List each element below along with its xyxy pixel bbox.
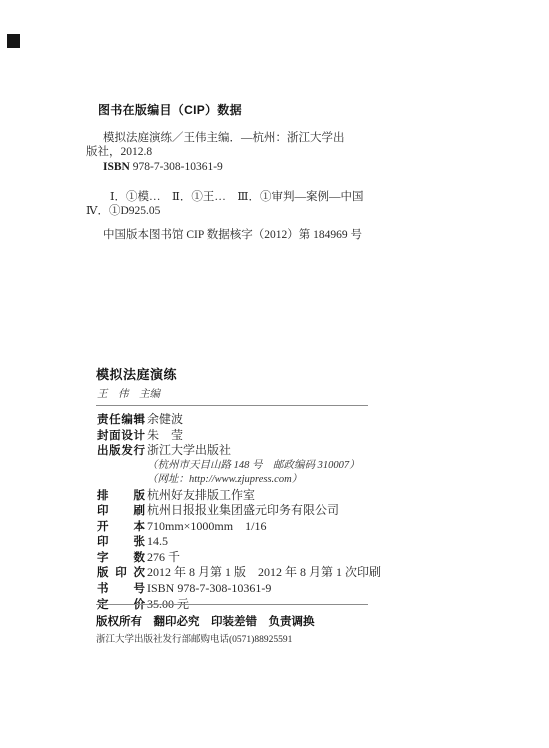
- row-label: 出版发行: [97, 444, 145, 459]
- mail-order-phone: 浙江大学出版社发行部邮购电话(0571)88925591: [96, 631, 292, 645]
- row-value: 朱 莹: [147, 428, 183, 442]
- colophon-row-format: 开 本710mm×1000mm 1/16: [97, 519, 381, 535]
- row-value: 710mm×1000mm 1/16: [147, 519, 266, 533]
- publisher-address: （杭州市天目山路 148 号 邮政编码 310007）: [147, 459, 381, 474]
- row-label: 印 刷: [97, 504, 145, 519]
- publisher-url: （网址：http://www.zjupress.com）: [147, 473, 381, 488]
- cip-heading: 图书在版编目（CIP）数据: [98, 101, 242, 118]
- colophon-row-typesetting: 排 版杭州好友排版工作室: [97, 488, 381, 504]
- cip-description: 模拟法庭演练／王伟主编．—杭州：浙江大学出 版社，2012.8: [86, 132, 345, 160]
- colophon-row-word-count: 字 数276 千: [97, 550, 381, 566]
- row-label: 开 本: [97, 520, 145, 535]
- cip-isbn-value: 978-7-308-10361-9: [133, 161, 223, 173]
- colophon: 责任编辑余健波 封面设计朱 莹 出版发行浙江大学出版社 （杭州市天目山路 148…: [97, 412, 381, 612]
- book-title: 模拟法庭演练: [96, 364, 177, 383]
- copyright-page: 图书在版编目（CIP）数据 模拟法庭演练／王伟主编．—杭州：浙江大学出 版社，2…: [0, 0, 549, 748]
- colophon-row-publisher: 出版发行浙江大学出版社: [97, 443, 381, 459]
- cip-description-line2: 版社，2012.8: [86, 146, 345, 160]
- row-label: 书 号: [97, 582, 145, 597]
- row-value: 2012 年 8 月第 1 版 2012 年 8 月第 1 次印刷: [147, 565, 381, 579]
- cip-classification-line2: Ⅳ．①D925.05: [86, 202, 160, 218]
- cip-isbn-line: ISBN 978-7-308-10361-9: [103, 161, 223, 173]
- divider-top: [96, 405, 368, 406]
- row-value: 余健波: [147, 412, 183, 426]
- row-label: 排 版: [97, 489, 145, 504]
- colophon-row-edition: 版印次2012 年 8 月第 1 版 2012 年 8 月第 1 次印刷: [97, 565, 381, 581]
- row-value: ISBN 978-7-308-10361-9: [147, 581, 271, 595]
- cip-record-number: 中国版本图书馆 CIP 数据核字（2012）第 184969 号: [103, 226, 362, 242]
- row-label: 字 数: [97, 551, 145, 566]
- cip-description-line1: 模拟法庭演练／王伟主编．—杭州：浙江大学出: [86, 132, 345, 146]
- colophon-row-isbn: 书 号ISBN 978-7-308-10361-9: [97, 581, 381, 597]
- colophon-row-sheets: 印 张14.5: [97, 534, 381, 550]
- print-registration-mark: [7, 34, 20, 48]
- row-label: 版印次: [97, 566, 145, 581]
- colophon-row-printing: 印 刷杭州日报报业集团盛元印务有限公司: [97, 503, 381, 519]
- row-value: 杭州日报报业集团盛元印务有限公司: [147, 503, 339, 517]
- row-value: 杭州好友排版工作室: [147, 488, 255, 502]
- row-value: 14.5: [147, 534, 168, 548]
- row-label: 责任编辑: [97, 413, 145, 428]
- cip-isbn-label: ISBN: [103, 161, 130, 173]
- row-value: 276 千: [147, 550, 180, 564]
- row-label: 封面设计: [97, 429, 145, 444]
- copyright-notice: 版权所有 翻印必究 印装差错 负责调换: [96, 613, 315, 629]
- book-byline: 王 伟 主编: [97, 386, 160, 401]
- row-value: 浙江大学出版社: [147, 443, 231, 457]
- row-label: 印 张: [97, 535, 145, 550]
- colophon-row-editor: 责任编辑余健波: [97, 412, 381, 428]
- divider-bottom: [96, 604, 368, 605]
- colophon-row-cover-design: 封面设计朱 莹: [97, 428, 381, 444]
